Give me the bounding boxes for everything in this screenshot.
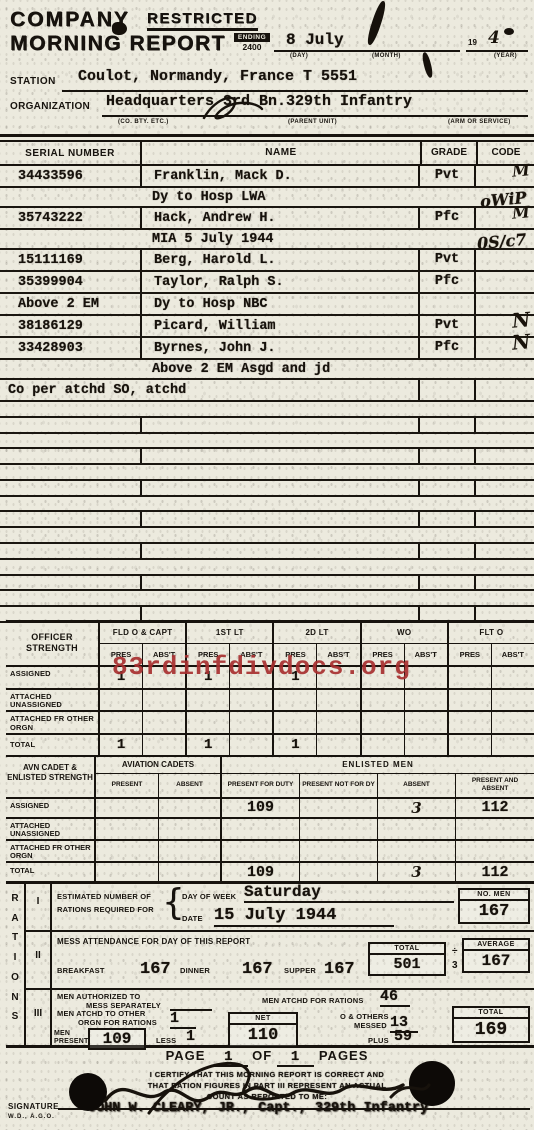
ending-time-block: ENDING 2400 [234,33,270,52]
roster-row: 34433596 Franklin, Mack D. Pvt M [0,166,534,188]
men-present-label-2: PRESENT [54,1038,88,1045]
serial-number: Above 2 EM [0,297,140,312]
men-atchd-rations-value: 46 [380,988,410,1007]
sub-pres: PRES [449,644,492,665]
rations-side-label: RATIONS [6,884,26,1045]
part-3-numeral: III [26,990,52,1048]
ink-blot [504,28,514,35]
officer-attached-unassigned-row: ATTACHED UNASSIGNED [6,690,534,713]
atchd-other-label-1: MEN ATCHD TO OTHER [57,1009,145,1018]
roster-row: 15111169 Berg, Harold L. Pvt [0,250,534,272]
day-sub-label: (DAY) [290,53,308,59]
average-box: AVERAGE 167 [462,938,530,973]
net-box: NET 110 [228,1012,298,1048]
grade: Pvt [418,166,474,186]
officer-strength-title: OFFICER STRENGTH [6,623,100,665]
org-sub-mid: (PARENT UNIT) [288,119,337,125]
soldier-name: Picard, William [140,316,418,336]
watermark: 83rdinfdivdocs.org [112,652,411,682]
part-2-numeral: II [26,932,52,988]
roster-row: 35743222 Hack, Andrew H. Pfc M [0,208,534,230]
avn-cadet-title: AVN CADET & ENLISTED STRENGTH [6,757,96,797]
sub-abst: ABS'T [405,644,449,665]
handwritten-scribble [196,92,268,128]
report-date-value: 8 July [286,31,344,49]
roster-header: SERIAL NUMBER NAME GRADE CODE [0,140,534,166]
serial-number: 35399904 [0,275,140,290]
blank-row [0,418,534,434]
plus-label: PLUS [368,1036,389,1045]
soldier-name: Taylor, Ralph S. [140,272,418,292]
morning-report-document: COMPANY RESTRICTED MORNING REPORT ENDING… [0,0,534,1130]
sub-absent: ABSENT [159,774,222,797]
officer-strength-table: OFFICER STRENGTH FLD O & CAPT 1ST LT 2D … [6,620,534,757]
grade: Pfc [418,272,474,292]
remark-text: MIA 5 July 1944 [152,232,274,247]
rations-date-value: 15 July 1944 [214,906,394,927]
absent-total: 3 [378,863,456,881]
report-year-line: 19 4 [466,30,528,52]
organization-row: ORGANIZATION Headquarters 3rd Bn.329th I… [10,95,528,117]
station-line: Coulot, Normandy, France T 5551 [62,68,528,92]
ink-blot [112,22,127,35]
roster-remark-row: Above 2 EM Asgd and jd [0,360,534,380]
serial-number: 15111169 [0,253,140,268]
mess-attendance-label: MESS ATTENDANCE FOR DAY OF THIS REPORT [57,937,250,946]
sub-absent-em: ABSENT [378,774,456,797]
org-sub-left: (CO. BTY. ETC.) [118,119,169,125]
blank-row [0,434,534,450]
present-and-absent-total: 112 [456,863,534,881]
blank-row [0,512,534,528]
rations-row-1: I ESTIMATED NUMBER OF RATIONS REQUIRED F… [26,884,534,932]
code-handwritten: N [511,329,531,355]
grand-total-value: 169 [454,1019,528,1041]
blank-row [0,544,534,560]
signature-label: SIGNATURE [8,1102,59,1111]
dinner-label: DINNER [180,966,210,975]
col-name: NAME [140,142,420,164]
roster-row: 33428903 Byrnes, John J. Pfc N [0,338,534,360]
blank-row [0,528,534,544]
station-label: STATION [10,76,56,87]
ending-label: ENDING [234,33,270,42]
year-value: 4 [488,28,500,48]
sub-present: PRESENT [96,774,159,797]
blank-row [0,591,534,607]
roster-row: Co per atchd SO, atchd [0,380,534,402]
part-1-numeral: I [26,884,52,930]
month-sub-label: (MONTH) [372,53,401,59]
less-label: LESS [156,1036,176,1045]
blank-row [0,402,534,418]
others-label-1: O & OTHERS [340,1012,389,1021]
year-printed: 19 [468,38,477,47]
no-men-value: 167 [460,901,528,922]
serial-number: 34433596 [0,169,140,184]
remark-text: Dy to Hosp NBC [140,294,418,314]
present-for-duty-total: 109 [222,863,300,881]
remark-text: Above 2 EM Asgd and jd [152,362,330,377]
sub-present-for-duty: PRESENT FOR DUTY [222,774,300,797]
group-fld-o-capt: FLD O & CAPT [100,623,187,643]
col-grade: GRADE [420,142,476,164]
form-reference: W.D., A.G.O. [8,1114,55,1120]
atchd-other-label-2: ORGN FOR RATIONS [78,1018,157,1027]
plus-value: 59 [394,1028,422,1047]
group-1st-lt: 1ST LT [187,623,274,643]
roster-remark-row: MIA 5 July 1944 0S/c7 [0,230,534,250]
org-sub-right: (ARM OR SERVICE) [448,119,511,125]
supper-value: 167 [324,960,355,979]
no-men-box: NO. MEN 167 [458,888,530,924]
restricted-stamp: RESTRICTED [147,10,258,31]
signature [95,1055,435,1117]
average-label: AVERAGE [464,940,528,951]
soldier-name: Berg, Harold L. [140,250,418,270]
grade: Pfc [418,208,474,228]
blank-roster-rows [0,402,534,623]
grade: Pfc [418,338,474,358]
blank-row [0,481,534,497]
men-authorized-label-1: MEN AUTHORIZED TO [57,992,140,1001]
enlisted-total-row: TOTAL 109 3 112 [6,863,534,881]
rations-row-3: III MEN AUTHORIZED TO MESS SEPARATELY ME… [26,990,534,1048]
sub-abst: ABS'T [492,644,534,665]
roster-row: 38186129 Picard, William Pvt N [0,316,534,338]
code-handwritten: M [511,160,530,180]
enlisted-strength-table: AVN CADET & ENLISTED STRENGTH AVIATION C… [6,757,534,884]
enlisted-table-header: AVN CADET & ENLISTED STRENGTH AVIATION C… [6,757,534,799]
absent-value: 3 [378,799,456,817]
grade: Pvt [418,316,474,336]
serial-number: 35743222 [0,211,140,226]
soldier-name: Hack, Andrew H. [140,208,418,228]
day-of-week-value: Saturday [244,883,454,903]
dinner-value: 167 [242,960,273,979]
officer-attached-fr-other-row: ATTACHED FR OTHER ORGN [6,712,534,735]
blank-row [0,449,534,465]
day-of-week-label: DAY OF WEEK [182,892,236,901]
date-label: DATE [182,914,203,923]
grand-total-box: TOTAL 169 [452,1006,530,1043]
average-value: 167 [464,951,528,971]
rations-section: RATIONS I ESTIMATED NUMBER OF RATIONS RE… [6,884,534,1048]
group-flt-o: FLT O [449,623,534,643]
enlisted-attached-unassigned-row: ATTACHED UNASSIGNED [6,819,534,841]
soldier-name: Byrnes, John J. [140,338,418,358]
group-2d-lt: 2D LT [274,623,361,643]
blank-row [0,465,534,481]
mess-total-value: 501 [370,955,444,974]
officer-total-row: TOTAL 111 [6,735,534,756]
roster-table: SERIAL NUMBER NAME GRADE CODE 34433596 F… [0,134,534,623]
serial-number: 38186129 [0,319,140,334]
divide-by: 3 [452,960,458,971]
serial-number: 33428903 [0,341,140,356]
estimated-rations-label-2: RATIONS REQUIRED FOR [57,905,154,914]
col-serial-number: SERIAL NUMBER [0,148,140,159]
less-value: 1 [186,1028,210,1047]
others-label-2: MESSED [354,1021,387,1030]
atchd-other-value: 1 [170,1010,196,1029]
remark-text: Dy to Hosp LWA [152,190,265,205]
ending-time: 2400 [234,42,270,52]
estimated-rations-label-1: ESTIMATED NUMBER OF [57,892,151,901]
enlisted-assigned-row: ASSIGNED 109 3 112 [6,799,534,819]
mess-total-box: TOTAL 501 [368,942,446,976]
roster-row: Above 2 EM Dy to Hosp NBC [0,294,534,316]
blank-row [0,497,534,513]
blank-row [0,576,534,592]
group-wo: WO [362,623,449,643]
grade: Pvt [418,250,474,270]
roster-row: 35399904 Taylor, Ralph S. Pfc [0,272,534,294]
mess-total-label: TOTAL [370,944,444,955]
station-value: Coulot, Normandy, France T 5551 [78,68,357,85]
net-value: 110 [230,1025,296,1046]
net-label: NET [230,1014,296,1025]
remark-text: Co per atchd SO, atchd [0,383,418,398]
men-present-label-1: MEN [54,1030,70,1037]
roster-remark-row: Dy to Hosp LWA oWiP [0,188,534,208]
breakfast-value: 167 [140,960,171,979]
breakfast-label: BREAKFAST [57,966,105,975]
present-and-absent-value: 112 [456,799,534,817]
group-aviation-cadets: AVIATION CADETS [96,757,222,773]
no-men-label: NO. MEN [460,890,528,901]
divide-sign: ÷ [452,946,458,957]
group-enlisted-men: ENLISTED MEN [222,757,534,773]
enlisted-attached-fr-other-row: ATTACHED FR OTHER ORGN [6,841,534,863]
organization-line: Headquarters 3rd Bn.329th Infantry [102,93,528,117]
station-row: STATION Coulot, Normandy, France T 5551 [10,70,528,92]
year-sub-label: (YEAR) [494,53,517,59]
code-handwritten: M [511,202,530,222]
organization-label: ORGANIZATION [10,101,90,112]
present-for-duty-value: 109 [222,799,300,817]
rations-row-2: II MESS ATTENDANCE FOR DAY OF THIS REPOR… [26,932,534,990]
supper-label: SUPPER [284,966,316,975]
sub-present-and-absent: PRESENT AND ABSENT [456,774,534,797]
men-atchd-rations-label: MEN ATCHD FOR RATIONS [262,996,364,1005]
report-title: MORNING REPORT [10,32,226,56]
blank-row [0,560,534,576]
grand-total-label: TOTAL [454,1008,528,1019]
men-present-value: 109 [88,1028,146,1050]
soldier-name: Franklin, Mack D. [140,166,418,186]
sub-present-not-for-dy: PRESENT NOT FOR DY [300,774,378,797]
